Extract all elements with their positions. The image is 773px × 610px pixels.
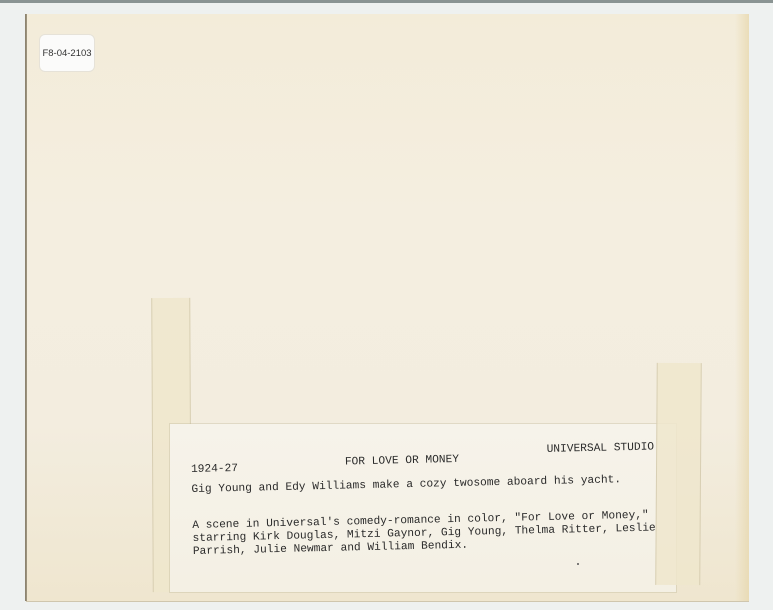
caption-paragraph-1: Gig Young and Edy Williams make a cozy t… [191,473,661,497]
catalog-number: F8-04-2103 [42,48,91,59]
studio-name: UNIVERSAL STUDIO [547,441,655,455]
paper-speck [577,563,579,565]
caption-paragraph-2: A scene in Universal's comedy-romance in… [192,509,673,559]
caption-code: 1924-27 [191,463,238,476]
caption-label: 1924-27 FOR LOVE OR MONEY UNIVERSAL STUD… [170,424,676,592]
scan-top-edge [0,0,773,3]
tape-strip-right [655,363,702,585]
catalog-number-sticker: F8-04-2103 [40,35,94,71]
film-title: FOR LOVE OR MONEY [345,454,459,469]
caption-header: 1924-27 FOR LOVE OR MONEY UNIVERSAL STUD… [191,447,671,474]
